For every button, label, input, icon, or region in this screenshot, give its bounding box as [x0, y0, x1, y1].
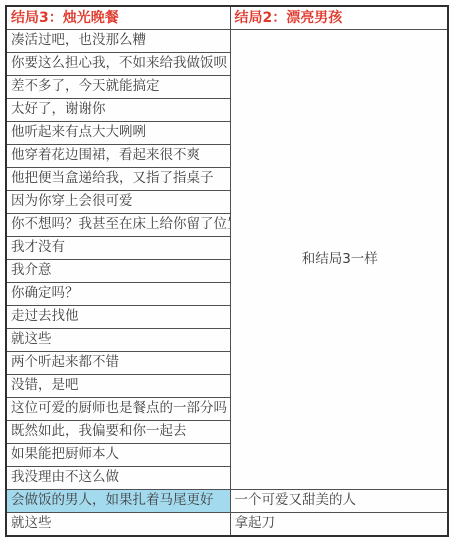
dialogue-cell: 太好了，谢谢你 — [6, 99, 230, 122]
dialogue-cell: 走过去找他 — [6, 306, 230, 329]
header-row: 结局3：烛光晚餐 结局2：漂亮男孩 — [6, 6, 448, 30]
dialogue-cell: 如果能把厨师本人 — [6, 444, 230, 467]
dialogue-cell: 既然如此，我偏要和你一起去 — [6, 421, 230, 444]
dialogue-cell: 他把便当盒递给我，又指了指桌子 — [6, 168, 230, 191]
dialogue-cell: 没错，是吧 — [6, 375, 230, 398]
highlighted-dialogue-cell: 会做饭的男人，如果扎着马尾更好 — [6, 490, 230, 513]
dialogue-cell: 就这些 — [6, 513, 230, 537]
dialogue-cell: 因为你穿上会很可爱 — [6, 191, 230, 214]
endings-comparison-table: 结局3：烛光晚餐 结局2：漂亮男孩 凑活过吧，也没那么糟 和结局3一样 你要这么… — [5, 5, 449, 537]
endings-guide-page: 结局3：烛光晚餐 结局2：漂亮男孩 凑活过吧，也没那么糟 和结局3一样 你要这么… — [0, 0, 450, 543]
column-header-ending3: 结局3：烛光晚餐 — [6, 6, 230, 30]
dialogue-cell: 你不想吗？我甚至在床上给你留了位置 — [6, 214, 230, 237]
dialogue-cell: 凑活过吧，也没那么糟 — [6, 30, 230, 53]
dialogue-cell: 他穿着花边围裙，看起来很不爽 — [6, 145, 230, 168]
dialogue-cell: 就这些 — [6, 329, 230, 352]
merged-note-cell: 和结局3一样 — [230, 30, 448, 490]
dialogue-cell: 我没理由不这么做 — [6, 467, 230, 490]
dialogue-cell: 两个听起来都不错 — [6, 352, 230, 375]
dialogue-row-highlighted: 会做饭的男人，如果扎着马尾更好 一个可爱又甜美的人 — [6, 490, 448, 513]
dialogue-cell: 我介意 — [6, 260, 230, 283]
dialogue-cell: 我才没有 — [6, 237, 230, 260]
dialogue-row: 凑活过吧，也没那么糟 和结局3一样 — [6, 30, 448, 53]
column-header-ending2: 结局2：漂亮男孩 — [230, 6, 448, 30]
dialogue-cell: 一个可爱又甜美的人 — [230, 490, 448, 513]
dialogue-cell: 拿起刀 — [230, 513, 448, 537]
dialogue-row: 就这些 拿起刀 — [6, 513, 448, 537]
dialogue-cell: 这位可爱的厨师也是餐点的一部分吗 — [6, 398, 230, 421]
dialogue-cell: 你要这么担心我，不如来给我做饭呗 — [6, 53, 230, 76]
dialogue-cell: 你确定吗？ — [6, 283, 230, 306]
dialogue-cell: 他听起来有点大大咧咧 — [6, 122, 230, 145]
dialogue-cell: 差不多了，今天就能搞定 — [6, 76, 230, 99]
